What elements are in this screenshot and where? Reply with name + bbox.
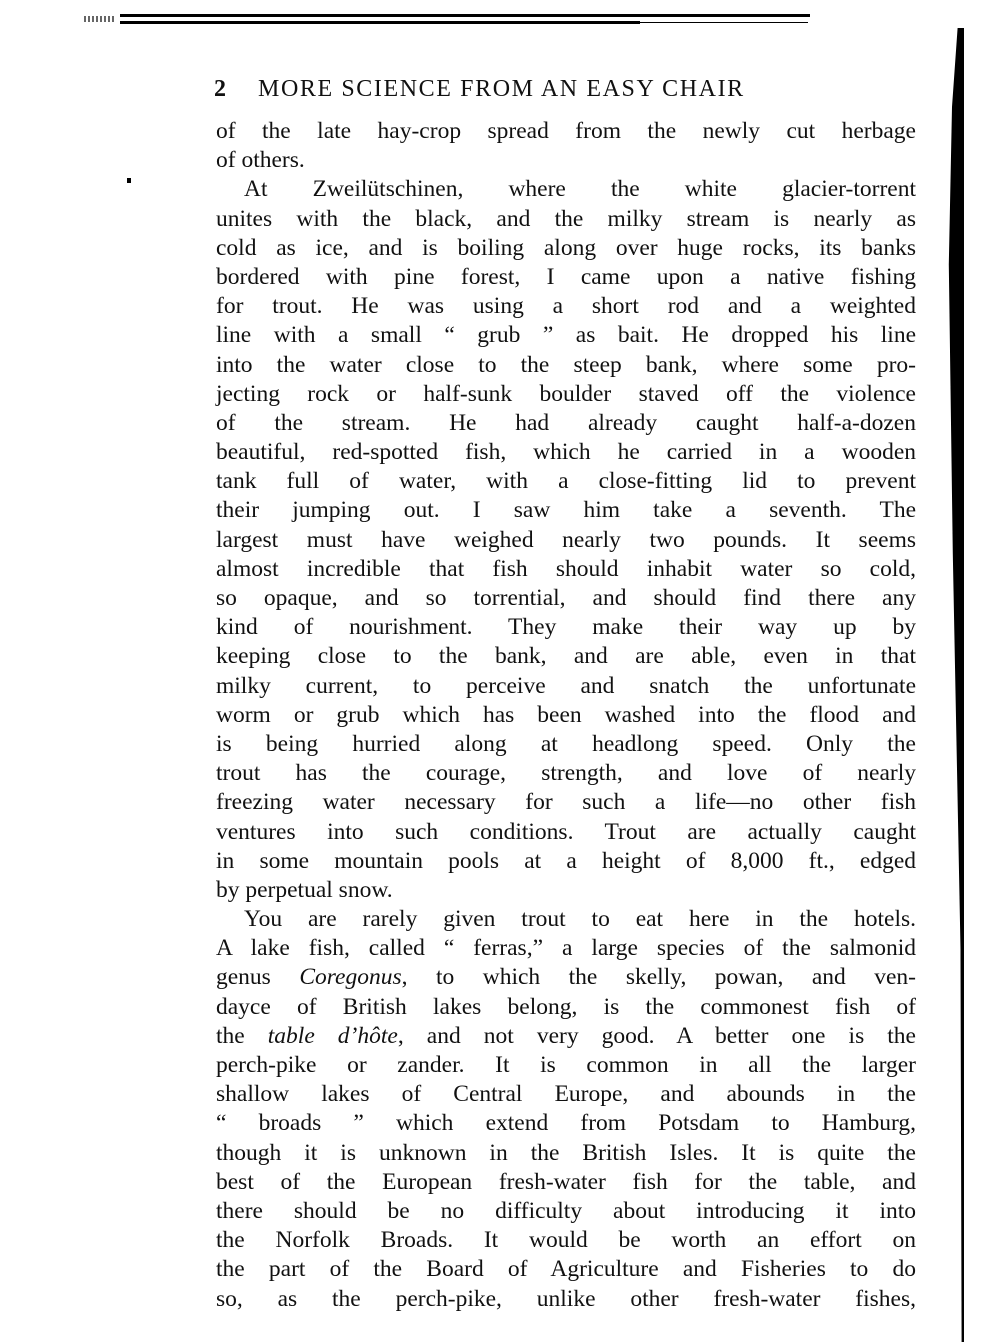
text-line: the part of the Board of Agriculture and… [216,1255,916,1284]
text-line: though it is unknown in the British Isle… [216,1139,916,1168]
text-line: of the late hay-crop spread from the new… [216,117,916,146]
text-line: of the stream. He had already caught hal… [216,409,916,438]
text-line: beautiful, red-spotted fish, which he ca… [216,438,916,467]
text-line: the Norfolk Broads. It would be worth an… [216,1226,916,1255]
text-line: largest must have weighed nearly two pou… [216,526,916,555]
italic-term: table d’hôte [268,1023,398,1049]
text-line: milky current, to perceive and snatch th… [216,672,916,701]
text-line: unites with the black, and the milky str… [216,205,916,234]
body-text: of the late hay-crop spread from the new… [216,117,916,1314]
running-title: MORE SCIENCE FROM AN EASY CHAIR [258,74,745,104]
text-line: A lake fish, called “ ferras,” a large s… [216,934,916,963]
text-line: You are rarely given trout to eat here i… [216,905,916,934]
text-line: genus Coregonus, to which the skelly, po… [216,963,916,992]
italic-term: Coregonus [299,964,401,990]
text-line: freezing water necessary for such a life… [216,788,916,817]
text-line: ventures into such conditions. Trout are… [216,818,916,847]
text-segment: the [216,1023,268,1049]
top-rule-secondary [120,21,640,24]
text-line: their jumping out. I saw him take a seve… [216,496,916,525]
text-line: kind of nourishment. They make their way… [216,613,916,642]
text-line: trout has the courage, strength, and lov… [216,759,916,788]
text-segment: , and not very good. A better one is the [398,1023,916,1049]
text-line: “ broads ” which extend from Potsdam to … [216,1109,916,1138]
text-line: bordered with pine forest, I came upon a… [216,263,916,292]
text-line: shallow lakes of Central Europe, and abo… [216,1080,916,1109]
text-line: in some mountain pools at a height of 8,… [216,847,916,876]
top-rule [120,14,810,17]
text-line: worm or grub which has been washed into … [216,701,916,730]
text-line: best of the European fresh-water fish fo… [216,1168,916,1197]
text-line: of others. [216,146,916,175]
scan-speckle [84,16,116,22]
text-line: by perpetual snow. [216,876,916,905]
text-line: dayce of British lakes belong, is the co… [216,993,916,1022]
text-line: into the water close to the steep bank, … [216,351,916,380]
text-line: perch-pike or zander. It is common in al… [216,1051,916,1080]
top-rule-tail [640,22,808,23]
text-line: almost incredible that fish should inhab… [216,555,916,584]
text-line: is being hurried along at headlong speed… [216,730,916,759]
running-head: 2MORE SCIENCE FROM AN EASY CHAIR [214,74,894,104]
text-line: the table d’hôte, and not very good. A b… [216,1022,916,1051]
text-line: for trout. He was using a short rod and … [216,292,916,321]
page-binding-shadow [948,28,964,1342]
text-segment: , to which the skelly, powan, and ven- [402,964,916,990]
text-line: line with a small “ grub ” as bait. He d… [216,321,916,350]
text-line: jecting rock or half-sunk boulder staved… [216,380,916,409]
text-line: keeping close to the bank, and are able,… [216,642,916,671]
margin-speck [127,178,131,183]
page-number: 2 [214,74,258,104]
text-segment: genus [216,964,299,990]
text-line: so opaque, and so torrential, and should… [216,584,916,613]
text-line: tank full of water, with a close-fitting… [216,467,916,496]
text-line: cold as ice, and is boiling along over h… [216,234,916,263]
text-line: At Zweilütschinen, where the white glaci… [216,175,916,204]
text-line: there should be no difficulty about intr… [216,1197,916,1226]
text-line: so, as the perch-pike, unlike other fres… [216,1285,916,1314]
